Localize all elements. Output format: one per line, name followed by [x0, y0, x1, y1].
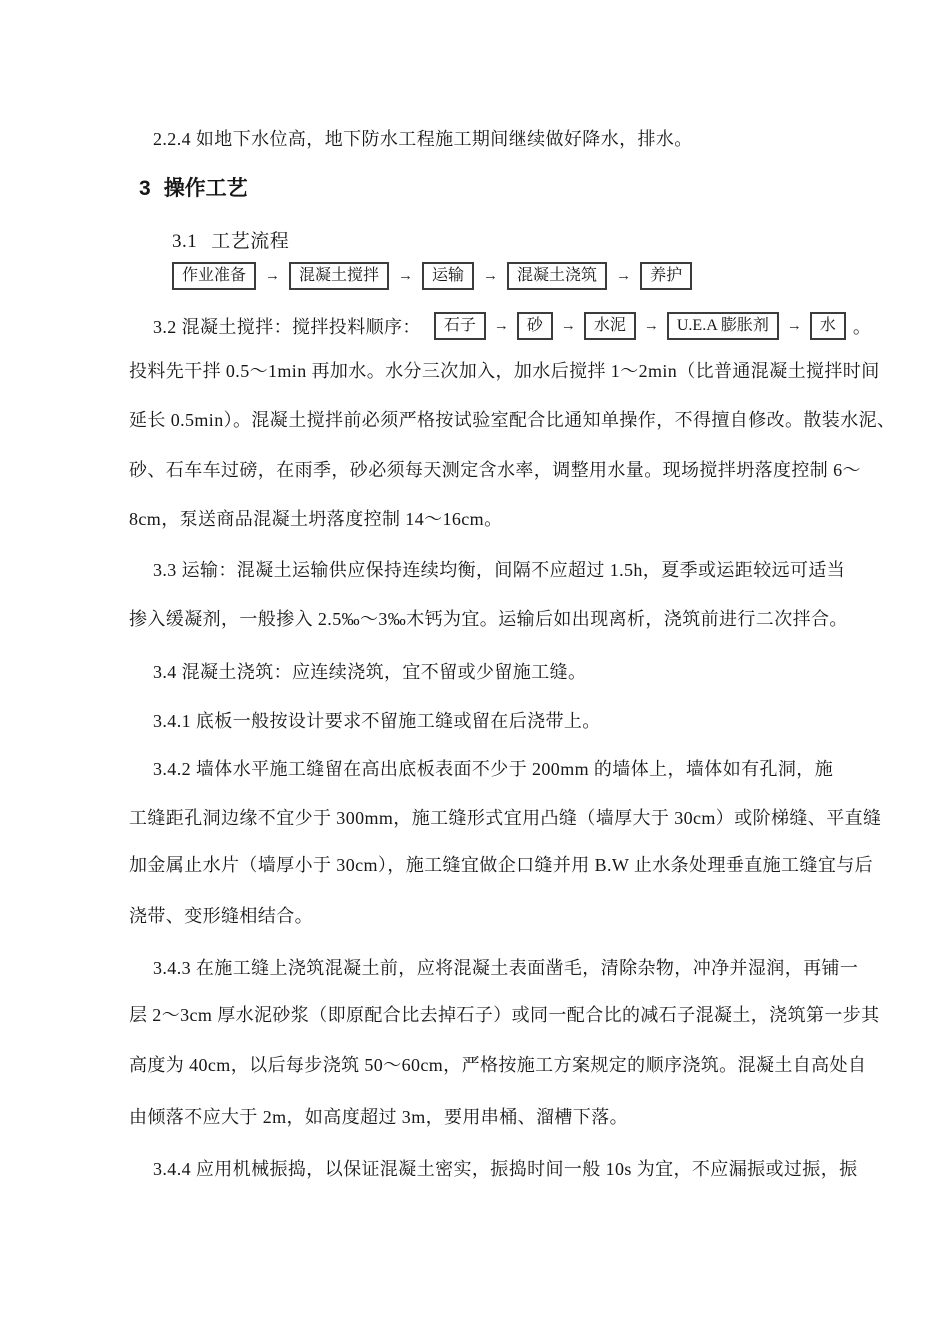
flow-arrow-icon: →	[482, 268, 499, 285]
flow-arrow-icon: →	[397, 268, 414, 285]
flow-step-box-mixing: 混凝土搅拌	[289, 262, 389, 290]
para-3-2-line-1: 3.2 混凝土搅拌：搅拌投料顺序： 石子 → 砂 → 水泥 → U.E.A 膨胀…	[153, 312, 871, 340]
process-flowchart: 作业准备 → 混凝土搅拌 → 运输 → 混凝土浇筑 → 养护	[172, 262, 692, 290]
para-3-2-lead: 3.2 混凝土搅拌：搅拌投料顺序：	[153, 313, 421, 339]
para-3-2-line-3: 延长 0.5min）。混凝土搅拌前必须严格按试验室配合比通知单操作，不得擅自修改…	[129, 407, 818, 433]
para-3-2-line-5: 8cm，泵送商品混凝土坍落度控制 14～16cm。	[129, 506, 502, 532]
para-3-4-4-line: 3.4.4 应用机械振捣，以保证混凝土密实，振捣时间一般 10s 为宜，不应漏振…	[153, 1156, 818, 1182]
para-3-4-3-line-2: 层 2～3cm 厚水泥砂浆（即原配合比去掉石子）或同一配合比的减石子混凝土，浇筑…	[129, 1002, 818, 1028]
para-3-4-3-line-1: 3.4.3 在施工缝上浇筑混凝土前，应将混凝土表面凿毛，清除杂物，冲净并湿润，再…	[153, 955, 818, 981]
flow-arrow-icon: →	[264, 268, 281, 285]
document-page: 2.2.4 如地下水位高，地下防水工程施工期间继续做好降水，排水。 3 操作工艺…	[0, 0, 950, 1344]
para-3-3-line-2: 掺入缓凝剂，一般掺入 2.5‰～3‰木钙为宜。运输后如出现离析，浇筑前进行二次拌…	[129, 606, 848, 632]
flow-step-box-curing: 养护	[640, 262, 692, 290]
section-3-1-number: 3.1	[172, 231, 197, 253]
mix-step-box-sand: 砂	[517, 312, 553, 340]
section-3-1-title: 工艺流程	[211, 226, 289, 253]
section-3-number: 3	[139, 177, 151, 201]
para-3-2-period: 。	[853, 313, 871, 339]
para-3-4-2-line-3: 加金属止水片（墙厚小于 30cm），施工缝宜做企口缝并用 B.W 止水条处理垂直…	[129, 852, 818, 878]
flow-step-box-preparation: 作业准备	[172, 262, 256, 290]
para-3-4-3-line-3: 高度为 40cm，以后每步浇筑 50～60cm，严格按施工方案规定的顺序浇筑。混…	[129, 1052, 818, 1078]
mix-step-box-gravel: 石子	[434, 312, 486, 340]
section-3-heading: 3 操作工艺	[139, 172, 248, 202]
para-2-2-4-line: 2.2.4 如地下水位高，地下防水工程施工期间继续做好降水，排水。	[153, 126, 693, 152]
para-3-4-2-line-1: 3.4.2 墙体水平施工缝留在高出底板表面不少于 200mm 的墙体上，墙体如有…	[153, 756, 818, 782]
section-3-1-heading: 3.1 工艺流程	[172, 226, 289, 253]
para-3-4-1-line: 3.4.1 底板一般按设计要求不留施工缝或留在后浇带上。	[153, 708, 601, 734]
flow-arrow-icon: →	[786, 318, 803, 335]
mix-step-box-cement: 水泥	[584, 312, 636, 340]
section-3-title: 操作工艺	[164, 172, 248, 202]
flow-step-box-transport: 运输	[422, 262, 474, 290]
flow-step-box-pouring: 混凝土浇筑	[507, 262, 607, 290]
flow-arrow-icon: →	[493, 318, 510, 335]
mix-step-box-water: 水	[810, 312, 846, 340]
mix-step-box-uea-expander: U.E.A 膨胀剂	[667, 312, 779, 340]
para-3-2-line-2: 投料先干拌 0.5～1min 再加水。水分三次加入，加水后搅拌 1～2min（比…	[129, 358, 818, 384]
flow-arrow-icon: →	[560, 318, 577, 335]
para-3-2-line-4: 砂、石车车过磅，在雨季，砂必须每天测定含水率，调整用水量。现场搅拌坍落度控制 6…	[129, 457, 818, 483]
flow-arrow-icon: →	[643, 318, 660, 335]
flow-arrow-icon: →	[615, 268, 632, 285]
para-3-4-2-line-2: 工缝距孔洞边缘不宜少于 300mm，施工缝形式宜用凸缝（墙厚大于 30cm）或阶…	[129, 805, 818, 831]
para-3-3-line-1: 3.3 运输：混凝土运输供应保持连续均衡，间隔不应超过 1.5h，夏季或运距较远…	[153, 557, 818, 583]
para-3-4-line: 3.4 混凝土浇筑：应连续浇筑，宜不留或少留施工缝。	[153, 659, 586, 685]
para-3-4-2-line-4: 浇带、变形缝相结合。	[129, 903, 313, 929]
para-3-4-3-line-4: 由倾落不应大于 2m，如高度超过 3m，要用串桶、溜槽下落。	[129, 1104, 628, 1130]
